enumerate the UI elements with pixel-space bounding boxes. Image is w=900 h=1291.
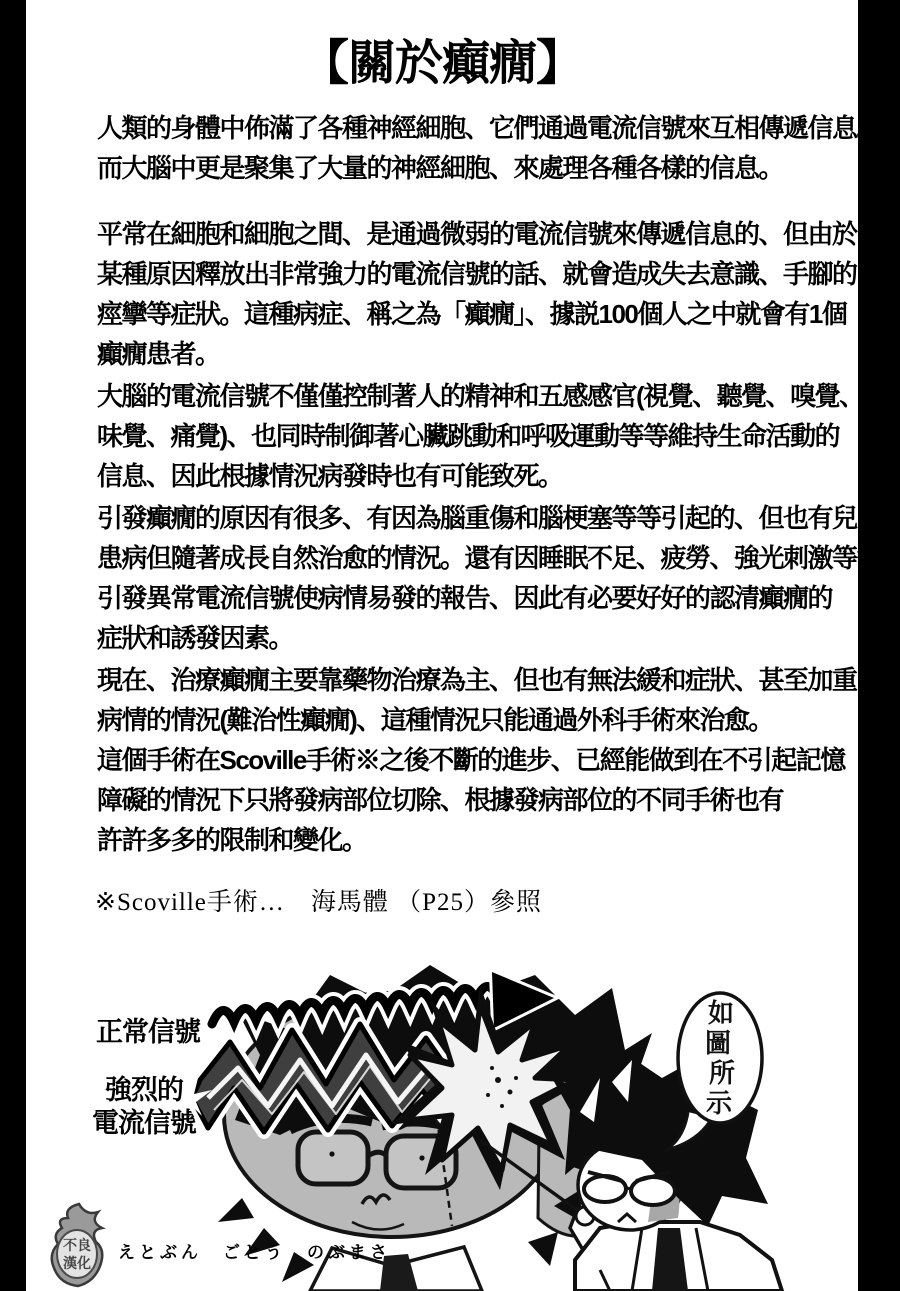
text-line: 癲癇患者。 (97, 334, 857, 374)
bubble-char-3: 所 (709, 1058, 735, 1088)
patient-pupil-right (419, 1155, 424, 1160)
text-line: 障礙的情況下只將發病部位切除、根據發病部位的不同手術也有 (97, 780, 857, 820)
text-line: 症狀和誘發因素。 (97, 618, 881, 658)
doctor-glasses-bridge (626, 1188, 632, 1189)
paragraph-1: 人類的身體中佈滿了各種神經細胞、它們通過電流信號來互相傳遞信息。 而大腦中更是聚… (97, 108, 881, 188)
patient-glasses-left-lens (298, 1132, 368, 1184)
paragraph-2: 平常在細胞和細胞之間、是通過微弱的電流信號來傳遞信息的、但由於 某種原因釋放出非… (97, 214, 857, 374)
text-line: 大腦的電流信號不僅僅控制著人的精神和五感感官(視覺、聽覺、嗅覺、 (97, 376, 864, 416)
paragraph-5: 現在、治療癲癇主要靠藥物治療為主、但也有無法緩和症狀、甚至加重 病情的情況(難治… (97, 660, 857, 860)
text-line: 患病但隨著成長自然治愈的情況。還有因睡眠不足、疲勞、強光刺激等等 (97, 538, 881, 578)
page-title: 【關於癲癇】 (26, 24, 858, 93)
scanlation-logo: 不良 漢化 (46, 1198, 112, 1290)
text-line: 許許多多的限制和變化。 (97, 820, 857, 860)
text-line: 這個手術在Scoville手術※之後不斷的進步、已經能做到在不引起記憶 (97, 740, 857, 780)
bubble-char-1: 如 (708, 998, 734, 1028)
text-line: 而大腦中更是聚集了大量的神經細胞、來處理各種各樣的信息。 (97, 148, 881, 188)
logo-text-line2: 漢化 (63, 1255, 91, 1271)
text-line: 人類的身體中佈滿了各種神經細胞、它們通過電流信號來互相傳遞信息。 (97, 108, 881, 148)
speech-bubble-text: 如 圖 所 示 (705, 998, 735, 1118)
patient-pupil-left (329, 1151, 334, 1156)
text-line: 平常在細胞和細胞之間、是通過微弱的電流信號來傳遞信息的、但由於 (97, 214, 857, 254)
bubble-char-4: 示 (706, 1088, 733, 1118)
text-line: 某種原因釋放出非常強力的電流信號的話、就會造成失去意識、手腳的 (97, 254, 857, 294)
manga-info-page: 【關於癲癇】 人類的身體中佈滿了各種神經細胞、它們通過電流信號來互相傳遞信息。 … (0, 0, 900, 1291)
text-line: 痙攣等症狀。這種病症、稱之為「癲癇」、據説100個人之中就會有1個 (97, 294, 857, 334)
artist-credit: えとぶん ごとう のぶまさ (118, 1238, 391, 1263)
logo-text-line1: 不良 (63, 1237, 91, 1253)
text-line: 信息、因此根據情況病發時也有可能致死。 (97, 456, 864, 496)
paragraph-3: 大腦的電流信號不僅僅控制著人的精神和五感感官(視覺、聽覺、嗅覺、 味覺、痛覺)、… (97, 376, 864, 496)
scoville-footnote: ※Scoville手術… 海馬體 （P25）參照 (95, 882, 542, 918)
text-line: 引發異常電流信號使病情易發的報告、因此有必要好好的認清癲癇的 (97, 578, 881, 618)
text-line: 現在、治療癲癇主要靠藥物治療為主、但也有無法緩和症狀、甚至加重 (97, 660, 857, 700)
scan-border-left (0, 0, 26, 1291)
paragraph-4: 引發癲癇的原因有很多、有因為腦重傷和腦梗塞等等引起的、但也有兒時 患病但隨著成長… (97, 498, 881, 658)
text-line: 病情的情況(難治性癲癇)、這種情況只能通過外科手術來治愈。 (97, 700, 857, 740)
text-line: 味覺、痛覺)、也同時制御著心臟跳動和呼吸運動等等維持生命活動的 (97, 416, 864, 456)
bubble-char-2: 圖 (705, 1028, 731, 1058)
text-line: 引發癲癇的原因有很多、有因為腦重傷和腦梗塞等等引起的、但也有兒時 (97, 498, 881, 538)
